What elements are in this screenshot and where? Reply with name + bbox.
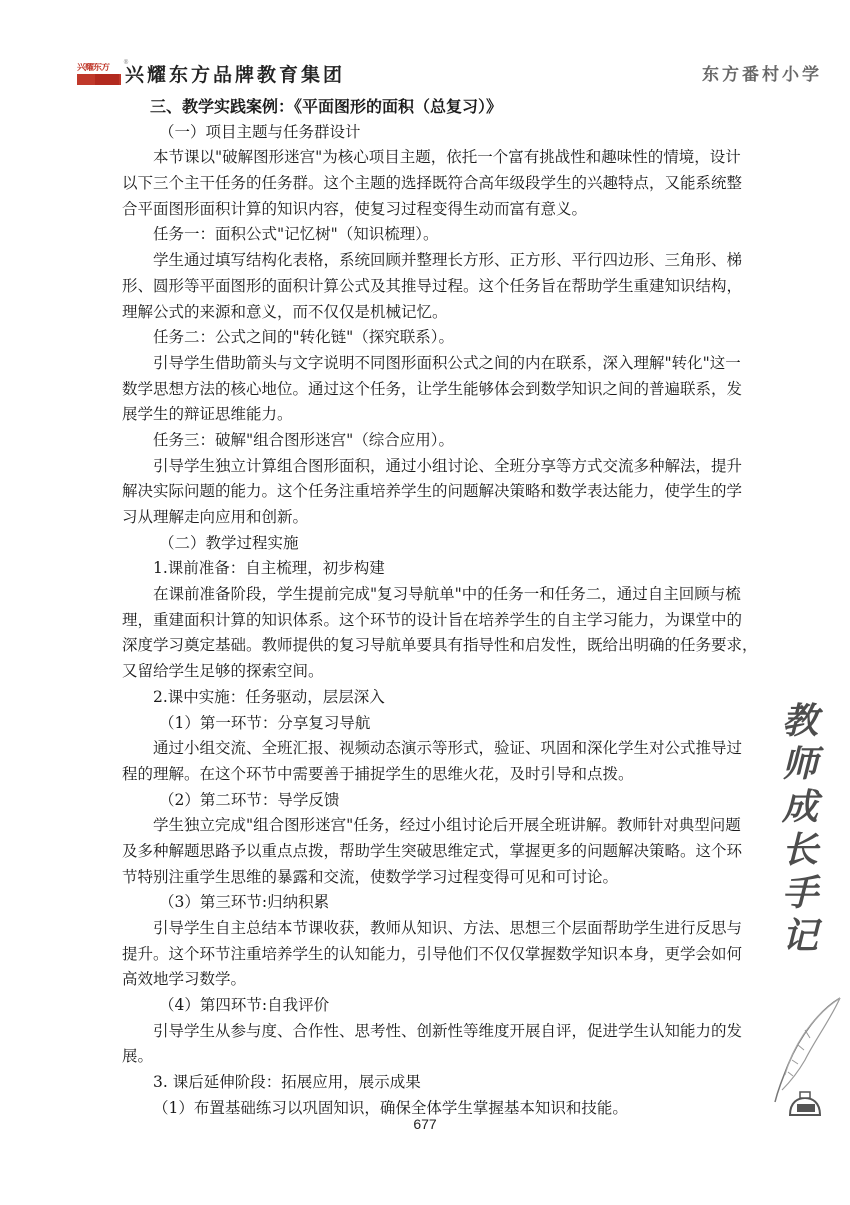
brand-name: 兴耀东方品牌教育集团 [125,63,345,87]
text-line: 又留给学生足够的探索空间。 [122,659,730,685]
brand-logo-icon: 兴耀东方 ® [77,63,121,85]
text-line: 引导学生从参与度、合作性、思考性、创新性等维度开展自评，促进学生认知能力的发 [122,1019,730,1045]
text-line: 高效地学习数学。 [122,967,730,993]
text-line: 引导学生独立计算组合图形面积，通过小组讨论、全班分享等方式交流多种解法，提升 [122,454,730,480]
subheading-line: （4）第四环节:自我评价 [122,993,730,1019]
text-line: 解决实际问题的能力。这个任务注重培养学生的问题解决策略和数学表达能力，使学生的学 [122,479,730,505]
school-name: 东方番村小学 [702,64,822,86]
text-line: 展。 [122,1044,730,1070]
text-line: 任务二：公式之间的"转化链"（探究联系）。 [122,325,730,351]
subheading-line: （一）项目主题与任务群设计 [122,120,730,146]
text-line: 形、圆形等平面图形的面积计算公式及其推导过程。这个任务旨在帮助学生重建知识结构， [122,274,730,300]
text-line: 合平面图形面积计算的知识内容，使复习过程变得生动而富有意义。 [122,197,730,223]
text-line: 本节课以"破解图形迷宫"为核心项目主题，依托一个富有挑战性和趣味性的情境，设计 [122,145,730,171]
document-body: 三、教学实践案例：《平面图形的面积（总复习）》 （一）项目主题与任务群设计本节课… [122,94,730,1122]
calligraphy-char: 长 [770,829,830,872]
text-line: 提升。这个环节注重培养学生的认知能力，引导他们不仅仅掌握数学知识本身，更学会如何 [122,942,730,968]
text-line: 3. 课后延伸阶段：拓展应用，展示成果 [122,1070,730,1096]
text-line: 展学生的辩证思维能力。 [122,402,730,428]
subheading-line: （二）教学过程实施 [122,531,730,557]
text-line: 以下三个主干任务的任务群。这个主题的选择既符合高年级段学生的兴趣特点，又能系统整 [122,171,730,197]
quill-ink-icon [760,990,850,1120]
text-line: 深度学习奠定基础。教师提供的复习导航单要具有指导性和启发性，既给出明确的任务要求… [122,633,730,659]
page-number: 677 [0,1116,850,1132]
subheading-line: （3）第三环节:归纳积累 [122,890,730,916]
vertical-calligraphy-title: 教 师 成 长 手 记 [770,700,830,958]
subheading-line: （2）第二环节：导学反馈 [122,788,730,814]
text-line: 通过小组交流、全班汇报、视频动态演示等形式，验证、巩固和深化学生对公式推导过 [122,736,730,762]
text-line: 程的理解。在这个环节中需要善于捕捉学生的思维火花，及时引导和点拨。 [122,762,730,788]
text-line: 节特别注重学生思维的暴露和交流，使数学学习过程变得可见和可讨论。 [122,865,730,891]
section-title: 三、教学实践案例：《平面图形的面积（总复习）》 [122,94,730,120]
text-line: 引导学生借助箭头与文字说明不同图形面积公式之间的内在联系，深入理解"转化"这一 [122,351,730,377]
calligraphy-char: 教 [770,700,830,743]
calligraphy-char: 手 [770,872,830,915]
text-line: 任务三：破解"组合图形迷宫"（综合应用）。 [122,428,730,454]
text-line: 理解公式的来源和意义，而不仅仅是机械记忆。 [122,300,730,326]
text-line: 学生独立完成"组合图形迷宫"任务，经过小组讨论后开展全班讲解。教师针对典型问题 [122,813,730,839]
text-line: 学生通过填写结构化表格，系统回顾并整理长方形、正方形、平行四边形、三角形、梯 [122,248,730,274]
text-line: 引导学生自主总结本节课收获，教师从知识、方法、思想三个层面帮助学生进行反思与 [122,916,730,942]
calligraphy-char: 记 [770,915,830,958]
calligraphy-char: 成 [770,786,830,829]
text-line: 习从理解走向应用和创新。 [122,505,730,531]
paragraph-lines: （一）项目主题与任务群设计本节课以"破解图形迷宫"为核心项目主题，依托一个富有挑… [122,120,730,1122]
text-line: 数学思想方法的核心地位。通过这个任务，让学生能够体会到数学知识之间的普遍联系，发 [122,377,730,403]
text-line: 理，重建面积计算的知识体系。这个环节的设计旨在培养学生的自主学习能力，为课堂中的 [122,608,730,634]
page-header: 兴耀东方 ® 兴耀东方品牌教育集团 东方番村小学 [0,0,850,90]
subheading-line: （1）第一环节：分享复习导航 [122,711,730,737]
text-line: 2.课中实施：任务驱动，层层深入 [122,685,730,711]
text-line: 任务一：面积公式"记忆树"（知识梳理）。 [122,222,730,248]
text-line: 及多种解题思路予以重点点拨，帮助学生突破思维定式，掌握更多的问题解决策略。这个环 [122,839,730,865]
logo-top-text: 兴耀东方 [77,63,121,74]
text-line: 在课前准备阶段，学生提前完成"复习导航单"中的任务一和任务二，通过自主回顾与梳 [122,582,730,608]
text-line: 1.课前准备：自主梳理，初步构建 [122,556,730,582]
calligraphy-char: 师 [770,743,830,786]
logo-red-block [77,74,121,85]
